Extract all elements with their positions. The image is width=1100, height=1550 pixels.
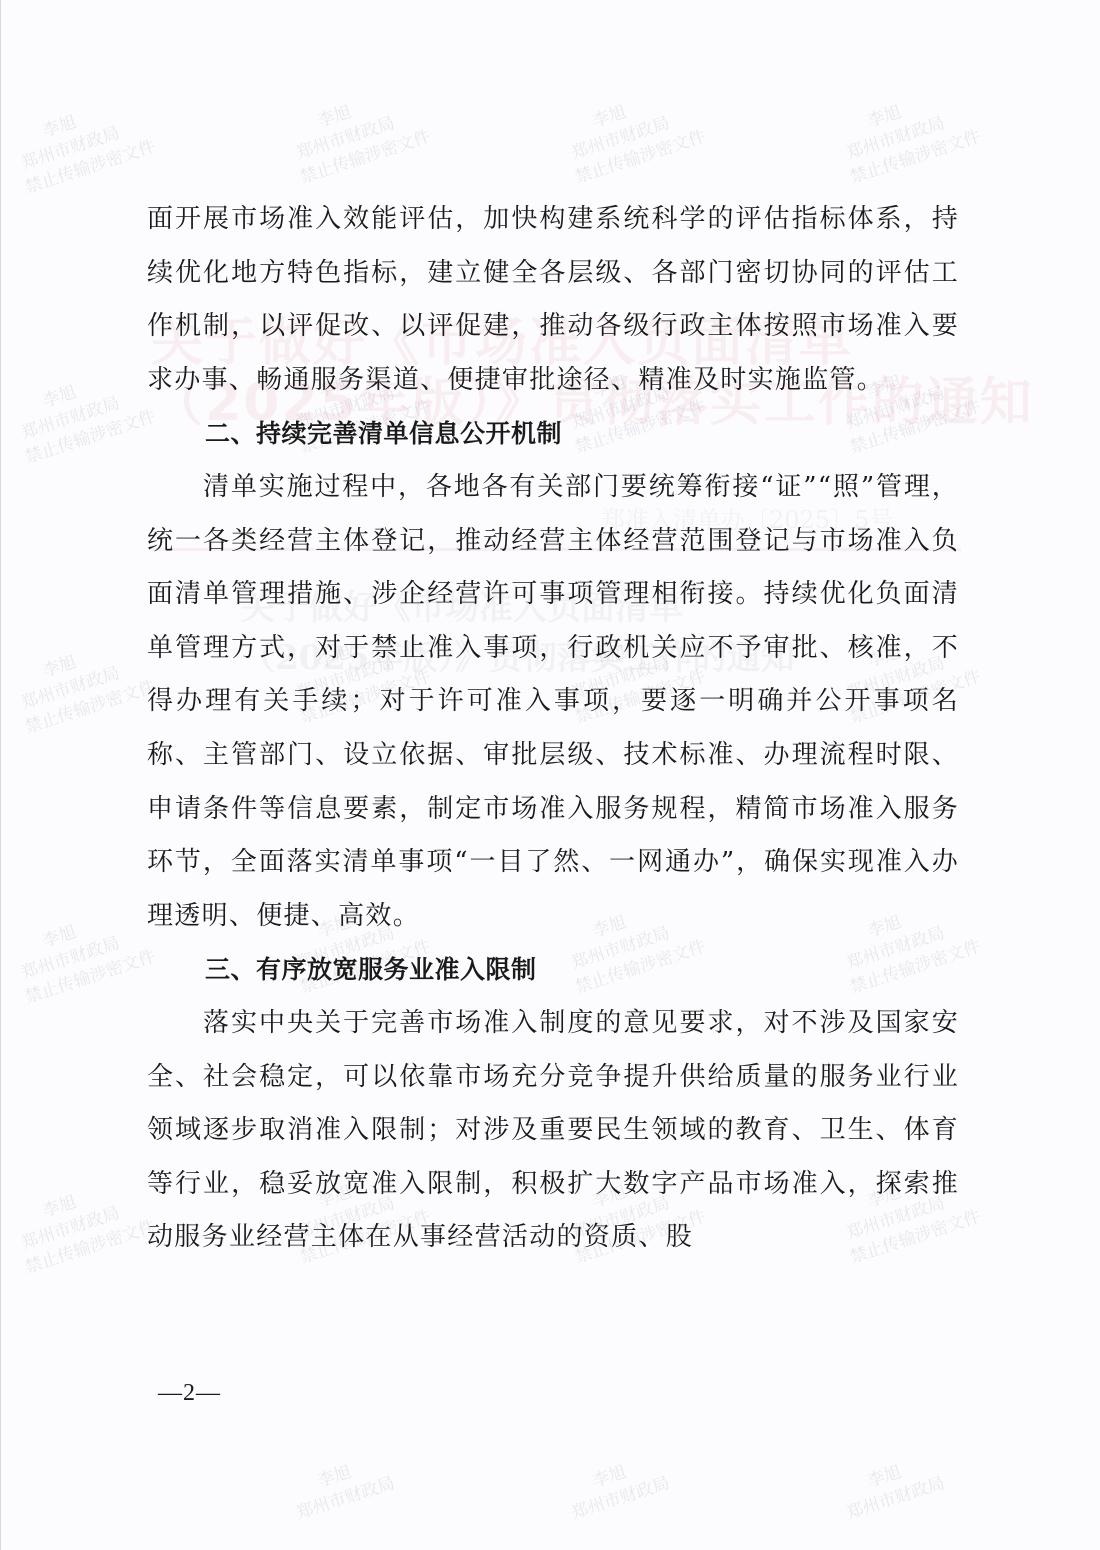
section-heading-2: 二、持续完善清单信息公开机制 (147, 407, 959, 461)
watermark: 李旭郑州市财政局禁止传输涉密文件 (11, 899, 159, 1008)
watermark: 李旭郑州市财政局禁止传输涉密文件 (11, 1169, 159, 1278)
document-page: 郑准入清单办〔2025〕5号 关于做好《市场准入负面清单 （2025年版）》贯彻… (0, 0, 1100, 1550)
document-body: 面开展市场准入效能评估，加快构建系统科学的评估指标体系，持续优化地方特色指标，建… (147, 193, 959, 1265)
watermark: 李旭郑州市财政局禁止传输涉密文件 (11, 89, 159, 198)
paragraph-evaluation: 面开展市场准入效能评估，加快构建系统科学的评估指标体系，持续优化地方特色指标，建… (147, 193, 959, 407)
watermark: 李旭郑州市财政局 (286, 1448, 398, 1525)
paragraph-service-industry: 落实中央关于完善市场准入制度的意见要求，对不涉及国家安全、社会稳定，可以依靠市场… (147, 997, 959, 1265)
watermark: 李旭郑州市财政局 (561, 1448, 673, 1525)
watermark: 李旭郑州市财政局 (836, 1448, 948, 1525)
paragraph-disclosure: 清单实施过程中，各地各有关部门要统筹衔接“证”“照”管理，统一各类经营主体登记，… (147, 461, 959, 943)
watermark: 李旭郑州市财政局禁止传输涉密文件 (11, 629, 159, 738)
watermark: 李旭郑州市财政局禁止传输涉密文件 (286, 79, 434, 188)
page-number: —2— (158, 1380, 221, 1407)
section-heading-3: 三、有序放宽服务业准入限制 (147, 943, 959, 997)
watermark: 李旭郑州市财政局禁止传输涉密文件 (11, 359, 159, 468)
watermark: 李旭郑州市财政局禁止传输涉密文件 (836, 79, 984, 188)
watermark: 李旭郑州市财政局禁止传输涉密文件 (561, 79, 709, 188)
